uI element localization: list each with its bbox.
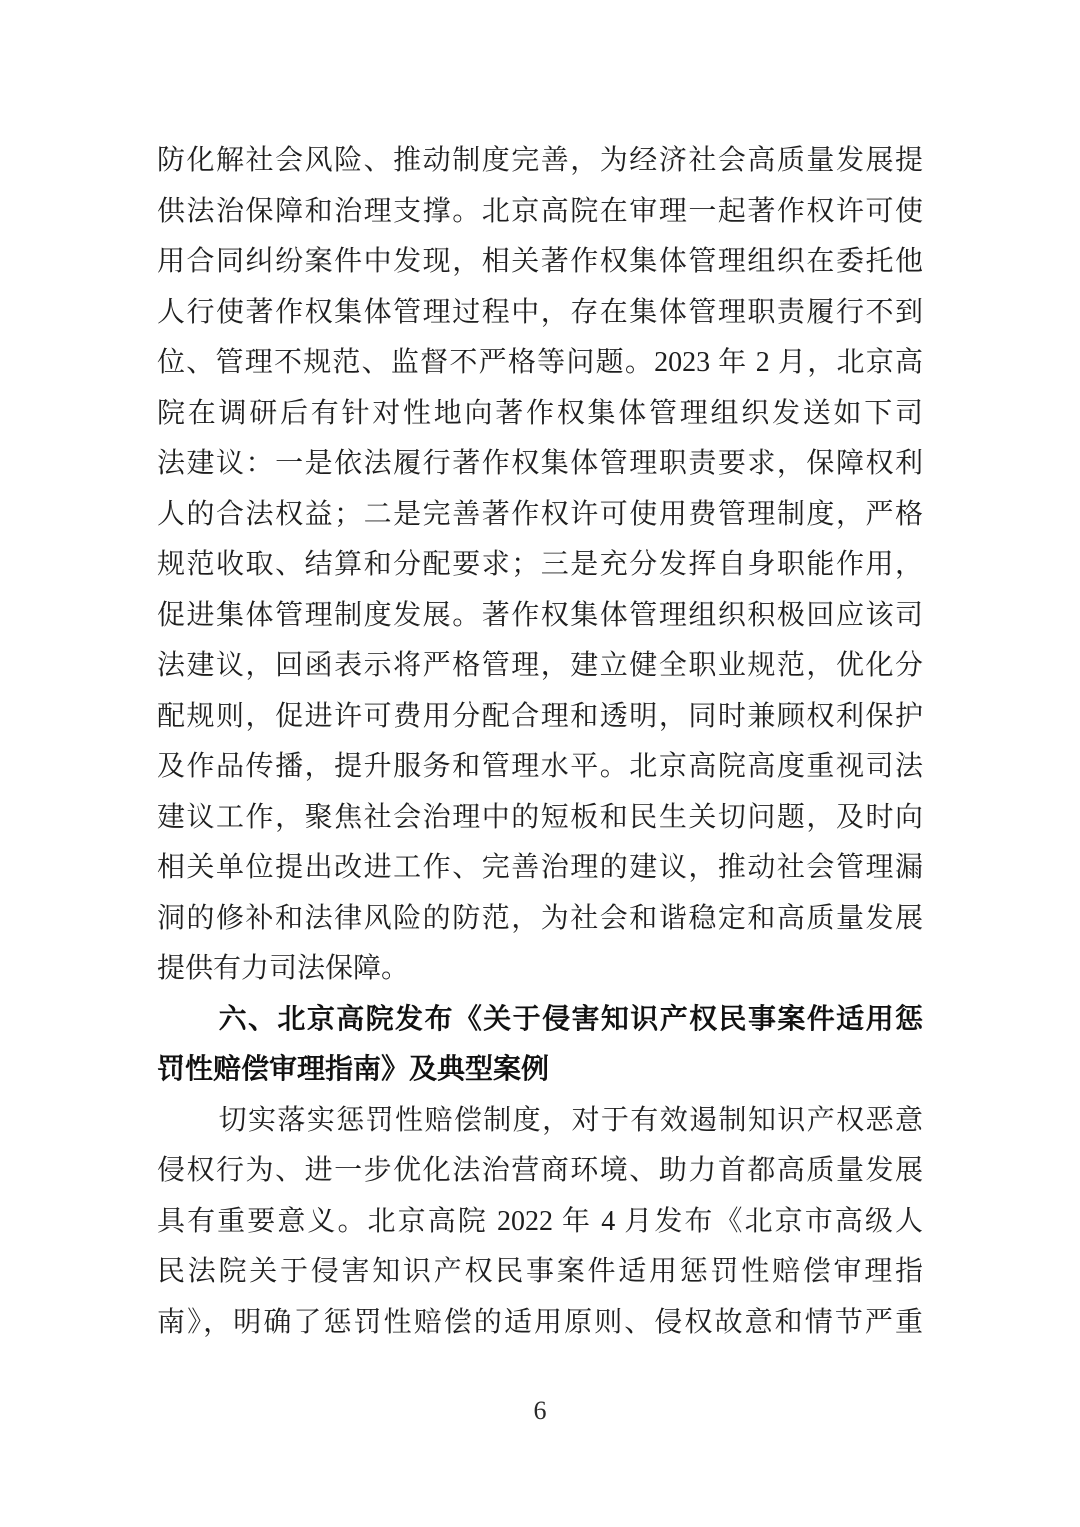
text-line: 洞的修补和法律风险的防范，为社会和谐稳定和高质量发展 — [157, 894, 923, 945]
text-line: 建议工作，聚焦社会治理中的短板和民生关切问题，及时向 — [157, 793, 923, 844]
text-line: 用合同纠纷案件中发现，相关著作权集体管理组织在委托他 — [157, 237, 923, 288]
text-line: 六、北京高院发布《关于侵害知识产权民事案件适用惩 — [157, 995, 923, 1046]
text-line: 相关单位提出改进工作、完善治理的建议，推动社会管理漏 — [157, 843, 923, 894]
section-heading: 六、北京高院发布《关于侵害知识产权民事案件适用惩罚性赔偿审理指南》及典型案例 — [157, 995, 923, 1096]
text-line: 侵权行为、进一步优化法治营商环境、助力首都高质量发展 — [157, 1146, 923, 1197]
text-line: 切实落实惩罚性赔偿制度，对于有效遏制知识产权恶意 — [157, 1096, 923, 1147]
text-line: 规范收取、结算和分配要求；三是充分发挥自身职能作用， — [157, 540, 923, 591]
text-line: 配规则，促进许可费用分配合理和透明，同时兼顾权利保护 — [157, 692, 923, 743]
text-line: 法建议：一是依法履行著作权集体管理职责要求，保障权利 — [157, 439, 923, 490]
text-line: 促进集体管理制度发展。著作权集体管理组织积极回应该司 — [157, 591, 923, 642]
text-line: 院在调研后有针对性地向著作权集体管理组织发送如下司 — [157, 389, 923, 440]
text-line: 法建议，回函表示将严格管理，建立健全职业规范，优化分 — [157, 641, 923, 692]
text-line: 南》，明确了惩罚性赔偿的适用原则、侵权故意和情节严重 — [157, 1298, 923, 1349]
text-line: 防化解社会风险、推动制度完善，为经济社会高质量发展提 — [157, 136, 923, 187]
text-line: 及作品传播，提升服务和管理水平。北京高院高度重视司法 — [157, 742, 923, 793]
page-number: 6 — [0, 1396, 1080, 1426]
text-line: 提供有力司法保障。 — [157, 944, 923, 995]
text-line: 供法治保障和治理支撑。北京高院在审理一起著作权许可使 — [157, 187, 923, 238]
text-line: 具有重要意义。北京高院 2022 年 4 月发布《北京市高级人 — [157, 1197, 923, 1248]
document-page: 防化解社会风险、推动制度完善，为经济社会高质量发展提供法治保障和治理支撑。北京高… — [0, 0, 1080, 1527]
text-line: 位、管理不规范、监督不严格等问题。2023 年 2 月，北京高 — [157, 338, 923, 389]
text-line: 民法院关于侵害知识产权民事案件适用惩罚性赔偿审理指 — [157, 1247, 923, 1298]
text-line: 人的合法权益；二是完善著作权许可使用费管理制度，严格 — [157, 490, 923, 541]
document-body: 防化解社会风险、推动制度完善，为经济社会高质量发展提供法治保障和治理支撑。北京高… — [157, 136, 923, 1348]
text-line: 人行使著作权集体管理过程中，存在集体管理职责履行不到 — [157, 288, 923, 339]
paragraph-continuation: 防化解社会风险、推动制度完善，为经济社会高质量发展提供法治保障和治理支撑。北京高… — [157, 136, 923, 995]
text-line: 罚性赔偿审理指南》及典型案例 — [157, 1045, 923, 1096]
paragraph-body: 切实落实惩罚性赔偿制度，对于有效遏制知识产权恶意侵权行为、进一步优化法治营商环境… — [157, 1096, 923, 1349]
